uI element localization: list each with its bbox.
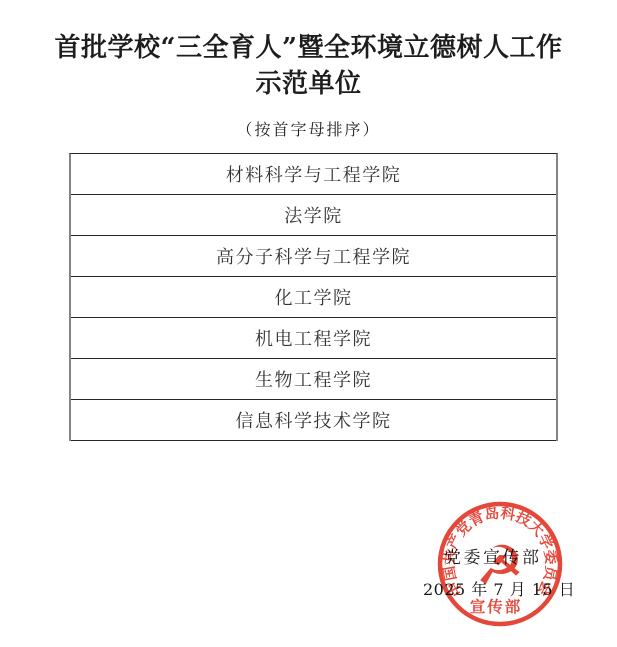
document-page: 首批学校“三全育人”暨全环境立德树人工作 示范单位 （按首字母排序） 材料科学与… xyxy=(0,0,617,647)
page-title-line2: 示范单位 xyxy=(0,66,617,102)
table-row: 信息科学技术学院 xyxy=(71,400,556,441)
official-seal: 中国共产党青岛科技大学委员会 ☭ 宣传部 xyxy=(430,494,570,634)
page-title-line1: 首批学校“三全育人”暨全环境立德树人工作 xyxy=(0,30,617,66)
hammer-and-sickle-icon: ☭ xyxy=(476,534,524,597)
units-table: 材料科学与工程学院法学院高分子科学与工程学院化工学院机电工程学院生物工程学院信息… xyxy=(69,153,558,441)
page-title: 首批学校“三全育人”暨全环境立德树人工作 示范单位 xyxy=(0,0,617,102)
table-row: 法学院 xyxy=(71,195,556,236)
sort-note: （按首字母排序） xyxy=(0,117,617,140)
table-row: 化工学院 xyxy=(71,277,556,318)
table-row: 机电工程学院 xyxy=(71,318,556,359)
table-row: 生物工程学院 xyxy=(71,359,556,400)
seal-bottom-text: 宣传部 xyxy=(470,597,523,616)
table-row: 材料科学与工程学院 xyxy=(71,154,556,195)
table-row: 高分子科学与工程学院 xyxy=(71,236,556,277)
